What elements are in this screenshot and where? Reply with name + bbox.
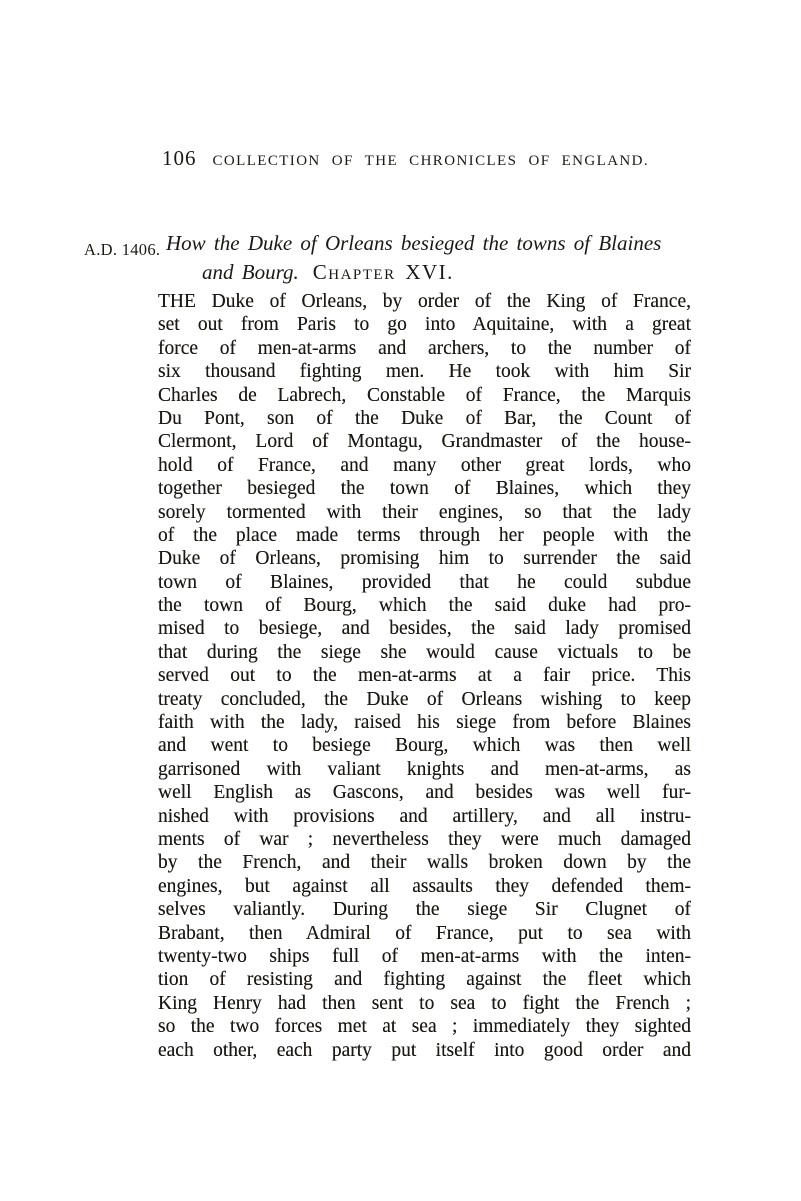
- book-page: 106 COLLECTION OF THE CHRONICLES OF ENGL…: [0, 0, 801, 1201]
- body-line: of the place made terms through her peop…: [158, 524, 691, 547]
- body-line: force of men-at-arms and archers, to the…: [158, 337, 691, 360]
- body-line: mised to besiege, and besides, the said …: [158, 617, 691, 640]
- body-line: so the two forces met at sea ; immediate…: [158, 1015, 691, 1038]
- body-line: Du Pont, son of the Duke of Bar, the Cou…: [158, 407, 691, 430]
- running-header-title: COLLECTION OF THE CHRONICLES OF ENGLAND.: [213, 153, 650, 169]
- body-line: by the French, and their walls broken do…: [158, 851, 691, 874]
- body-line: selves valiantly. During the siege Sir C…: [158, 898, 691, 921]
- body-line: Brabant, then Admiral of France, put to …: [158, 922, 691, 945]
- body-line: hold of France, and many other great lor…: [158, 454, 691, 477]
- body-paragraph: THE Duke of Orleans, by order of the Kin…: [158, 290, 691, 1062]
- body-line: nished with provisions and artillery, an…: [158, 805, 691, 828]
- body-line: each other, each party put itself into g…: [158, 1039, 691, 1062]
- chapter-heading: How the Duke of Orleans besieged the tow…: [166, 229, 671, 286]
- body-line: set out from Paris to go into Aquitaine,…: [158, 313, 691, 336]
- body-line: twenty-two ships full of men-at-arms wit…: [158, 945, 691, 968]
- chapter-heading-line2-italic: and Bourg.: [202, 260, 299, 284]
- body-line: well English as Gascons, and besides was…: [158, 781, 691, 804]
- body-line: King Henry had then sent to sea to fight…: [158, 992, 691, 1015]
- body-line: THE Duke of Orleans, by order of the Kin…: [158, 290, 691, 313]
- body-line: Clermont, Lord of Montagu, Grandmaster o…: [158, 430, 691, 453]
- chapter-heading-line1: How the Duke of Orleans besieged the tow…: [166, 229, 671, 258]
- body-line: ments of war ; nevertheless they were mu…: [158, 828, 691, 851]
- body-line: treaty concluded, the Duke of Orleans wi…: [158, 688, 691, 711]
- margin-date-note: A.D. 1406.: [84, 240, 160, 260]
- body-line: engines, but against all assaults they d…: [158, 875, 691, 898]
- body-line: and went to besiege Bourg, which was the…: [158, 734, 691, 757]
- body-line: tion of resisting and fighting against t…: [158, 968, 691, 991]
- chapter-number-label: Chapter XVI.: [313, 260, 454, 284]
- body-line: sorely tormented with their engines, so …: [158, 501, 691, 524]
- running-header: 106 COLLECTION OF THE CHRONICLES OF ENGL…: [162, 146, 702, 171]
- body-line: six thousand fighting men. He took with …: [158, 360, 691, 383]
- body-line: Charles de Labrech, Constable of France,…: [158, 384, 691, 407]
- body-line: the town of Bourg, which the said duke h…: [158, 594, 691, 617]
- body-line: that during the siege she would cause vi…: [158, 641, 691, 664]
- body-line: served out to the men-at-arms at a fair …: [158, 664, 691, 687]
- body-line: Duke of Orleans, promising him to surren…: [158, 547, 691, 570]
- chapter-heading-line2: and Bourg.Chapter XVI.: [202, 258, 671, 287]
- page-number: 106: [162, 146, 197, 170]
- body-line: together besieged the town of Blaines, w…: [158, 477, 691, 500]
- body-line: town of Blaines, provided that he could …: [158, 571, 691, 594]
- body-line: garrisoned with valiant knights and men-…: [158, 758, 691, 781]
- body-line: faith with the lady, raised his siege fr…: [158, 711, 691, 734]
